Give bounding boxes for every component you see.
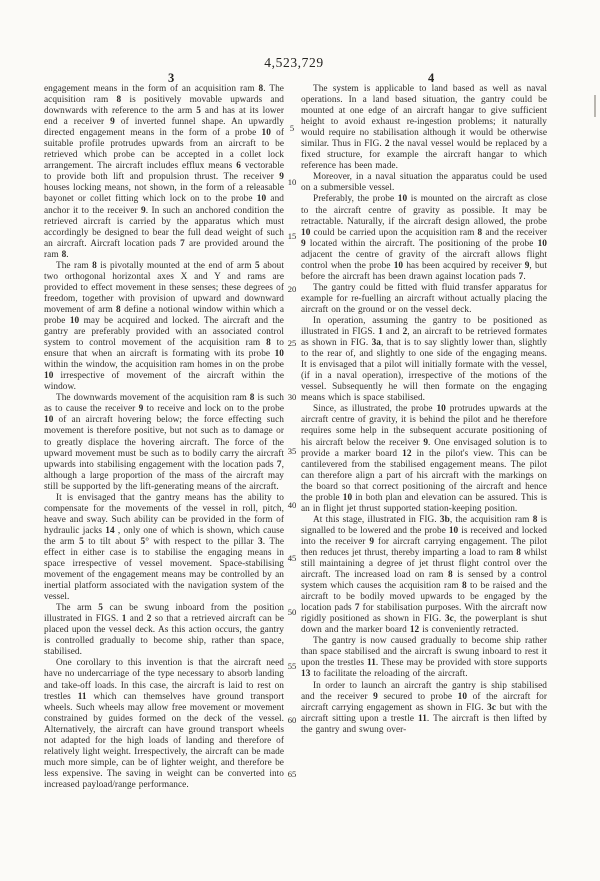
paragraph: In operation, assuming the gantry to be … [301, 316, 547, 404]
column-right-text: The system is applicable to land based a… [301, 84, 547, 736]
line-number: 35 [282, 446, 302, 456]
line-number: 40 [282, 500, 302, 510]
line-number: 45 [282, 553, 302, 563]
paragraph: At this stage, illustrated in FIG. 3b, t… [301, 515, 547, 637]
line-number: 60 [282, 715, 302, 725]
column-left-text: engagement means in the form of an acqui… [44, 84, 284, 791]
paragraph: The downwards movement of the acquisitio… [44, 393, 284, 492]
line-number: 25 [282, 338, 302, 348]
paragraph: In order to launch an aircraft the gantr… [301, 681, 547, 736]
paragraph: It is envisaged that the gantry means ha… [44, 493, 284, 603]
paragraph: Since, as illustrated, the probe 10 prot… [301, 404, 547, 514]
paragraph: The system is applicable to land based a… [301, 84, 547, 172]
paragraph: The gantry could be fitted with fluid tr… [301, 283, 547, 316]
patent-page: 4,523,729 3 4 engagement means in the fo… [0, 0, 600, 881]
paragraph: The arm 5 can be swung inboard from the … [44, 603, 284, 658]
line-number: 30 [282, 392, 302, 402]
line-number: 15 [282, 231, 302, 241]
line-number: 65 [282, 769, 302, 779]
patent-number: 4,523,729 [0, 55, 588, 71]
line-number: 5 [282, 123, 302, 133]
paragraph: One corollary to this invention is that … [44, 658, 284, 791]
paragraph: Moreover, in a naval situation the appar… [301, 172, 547, 194]
line-number: 55 [282, 661, 302, 671]
line-number: 20 [282, 284, 302, 294]
paragraph: The ram 8 is pivotally mounted at the en… [44, 261, 284, 394]
scan-edge-artifact [594, 95, 596, 117]
paragraph: Preferably, the probe 10 is mounted on t… [301, 194, 547, 282]
paragraph: engagement means in the form of an acqui… [44, 84, 284, 261]
paragraph: The gantry is now caused gradually to be… [301, 636, 547, 680]
line-number: 10 [282, 177, 302, 187]
line-number: 50 [282, 607, 302, 617]
